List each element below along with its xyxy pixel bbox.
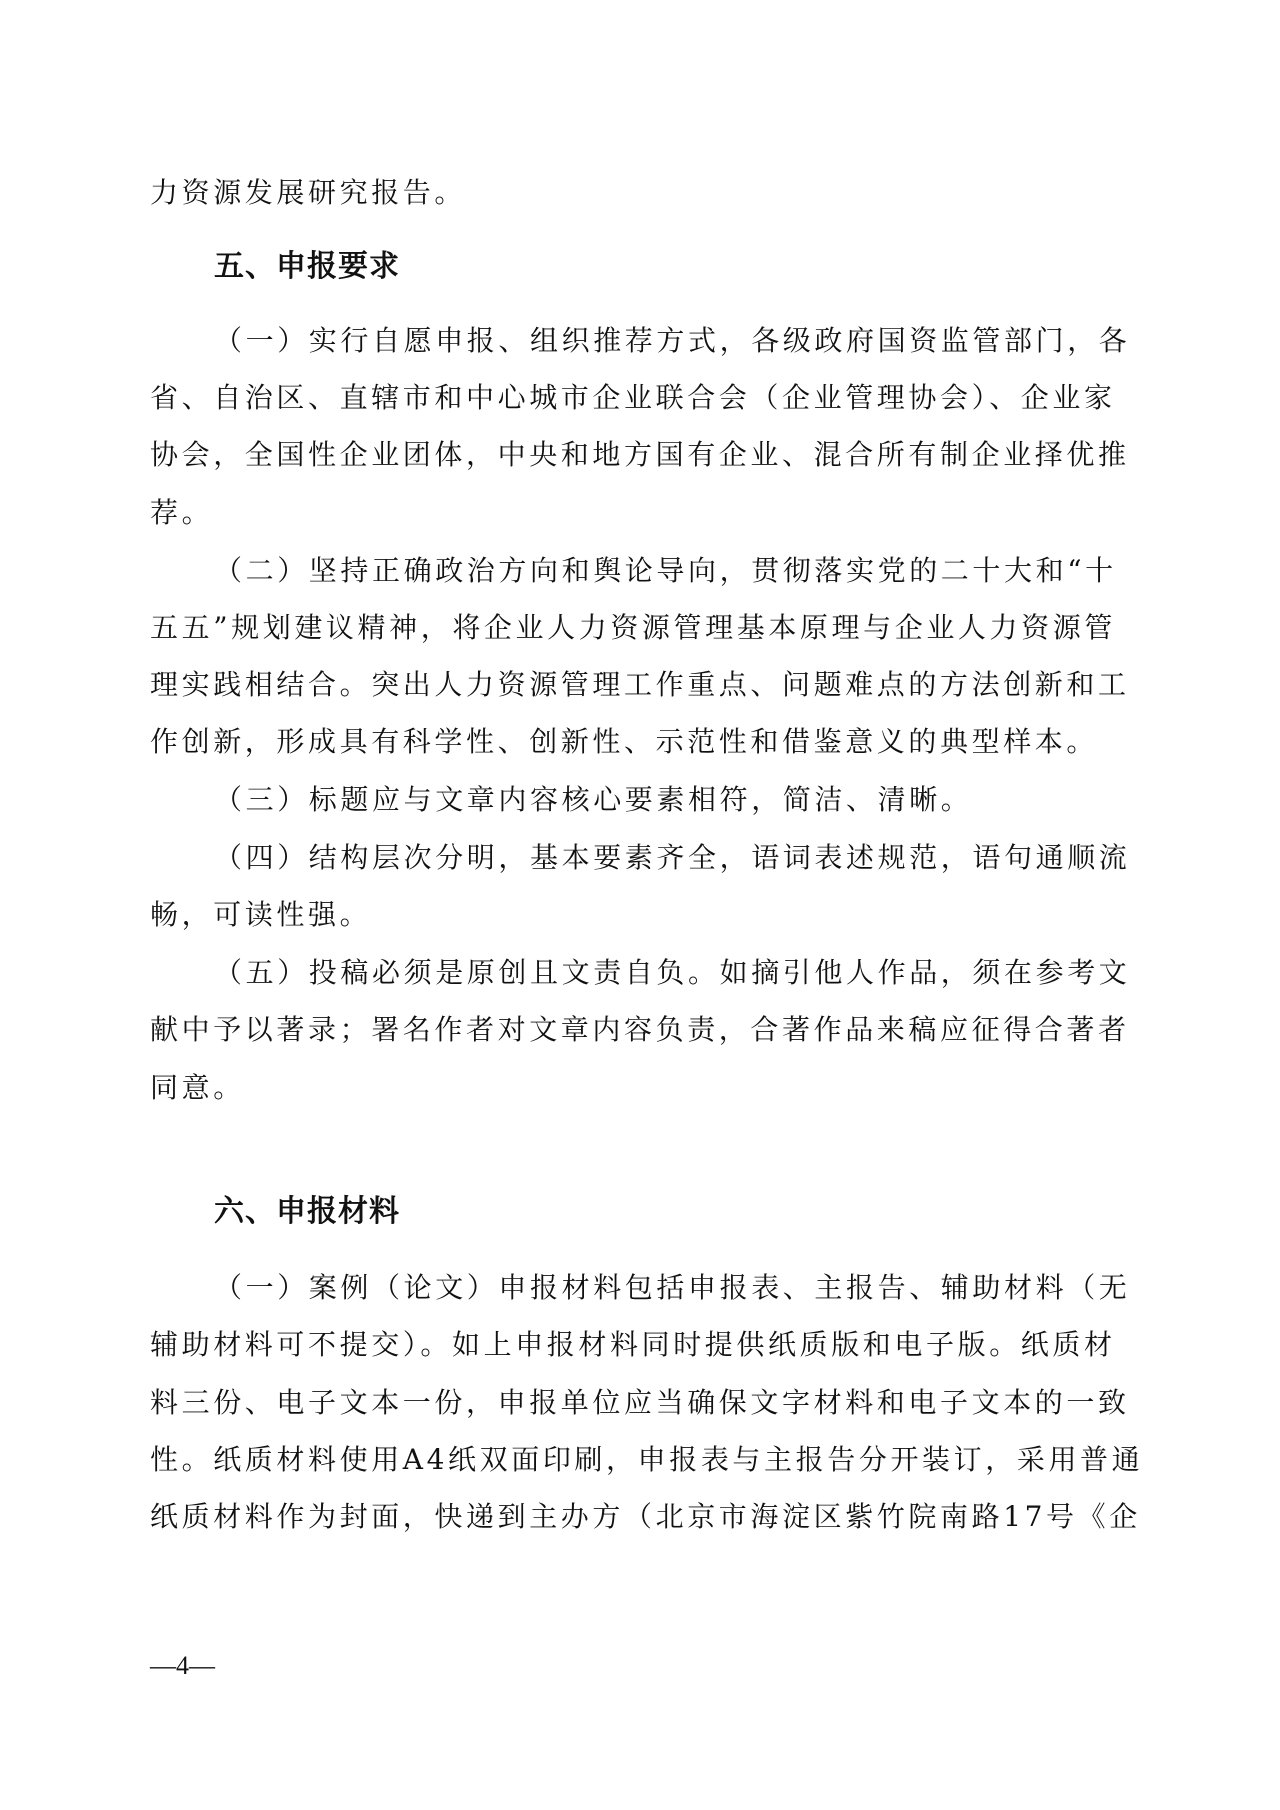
section-heading-5: 五、申报要求	[214, 247, 400, 287]
body-line: 五五”规划建议精神，将企业人力资源管理基本原理与企业人力资源管	[150, 608, 1116, 648]
body-line: 省、自治区、直辖市和中心城市企业联合会（企业管理协会）、企业家	[150, 378, 1116, 418]
body-line: （二）坚持正确政治方向和舆论导向，贯彻落实党的二十大和“十	[214, 551, 1117, 591]
body-line: 畅，可读性强。	[150, 895, 371, 935]
body-line: （一）实行自愿申报、组织推荐方式，各级政府国资监管部门，各	[214, 321, 1130, 361]
body-line: 理实践相结合。突出人力资源管理工作重点、问题难点的方法创新和工	[150, 665, 1130, 705]
body-line: 料三份、电子文本一份，申报单位应当确保文字材料和电子文本的一致	[150, 1383, 1130, 1423]
body-line: （一）案例（论文）申报材料包括申报表、主报告、辅助材料（无	[214, 1268, 1130, 1308]
body-line: 荐。	[150, 493, 213, 533]
body-line: 献中予以著录；署名作者对文章内容负责，合著作品来稿应征得合著者	[150, 1010, 1130, 1050]
body-line: （四）结构层次分明，基本要素齐全，语词表述规范，语句通顺流	[214, 838, 1130, 878]
section-heading-6: 六、申报材料	[214, 1192, 400, 1232]
body-line: 作创新，形成具有科学性、创新性、示范性和借鉴意义的典型样本。	[150, 722, 1098, 762]
body-line: 力资源发展研究报告。	[150, 173, 466, 213]
body-line: 辅助材料可不提交）。如上申报材料同时提供纸质版和电子版。纸质材	[150, 1325, 1116, 1365]
body-line: 协会，全国性企业团体，中央和地方国有企业、混合所有制企业择优推	[150, 435, 1130, 475]
body-line: （三）标题应与文章内容核心要素相符，简洁、清晰。	[214, 780, 972, 820]
body-line: 性。纸质材料使用A4纸双面印刷，申报表与主报告分开装订，采用普通	[150, 1440, 1143, 1480]
page-number: —4—	[150, 1648, 215, 1684]
body-line: 同意。	[150, 1068, 245, 1108]
body-line: 纸质材料作为封面，快递到主办方（北京市海淀区紫竹院南路17号《企	[150, 1497, 1141, 1537]
body-line: （五）投稿必须是原创且文责自负。如摘引他人作品，须在参考文	[214, 953, 1130, 993]
